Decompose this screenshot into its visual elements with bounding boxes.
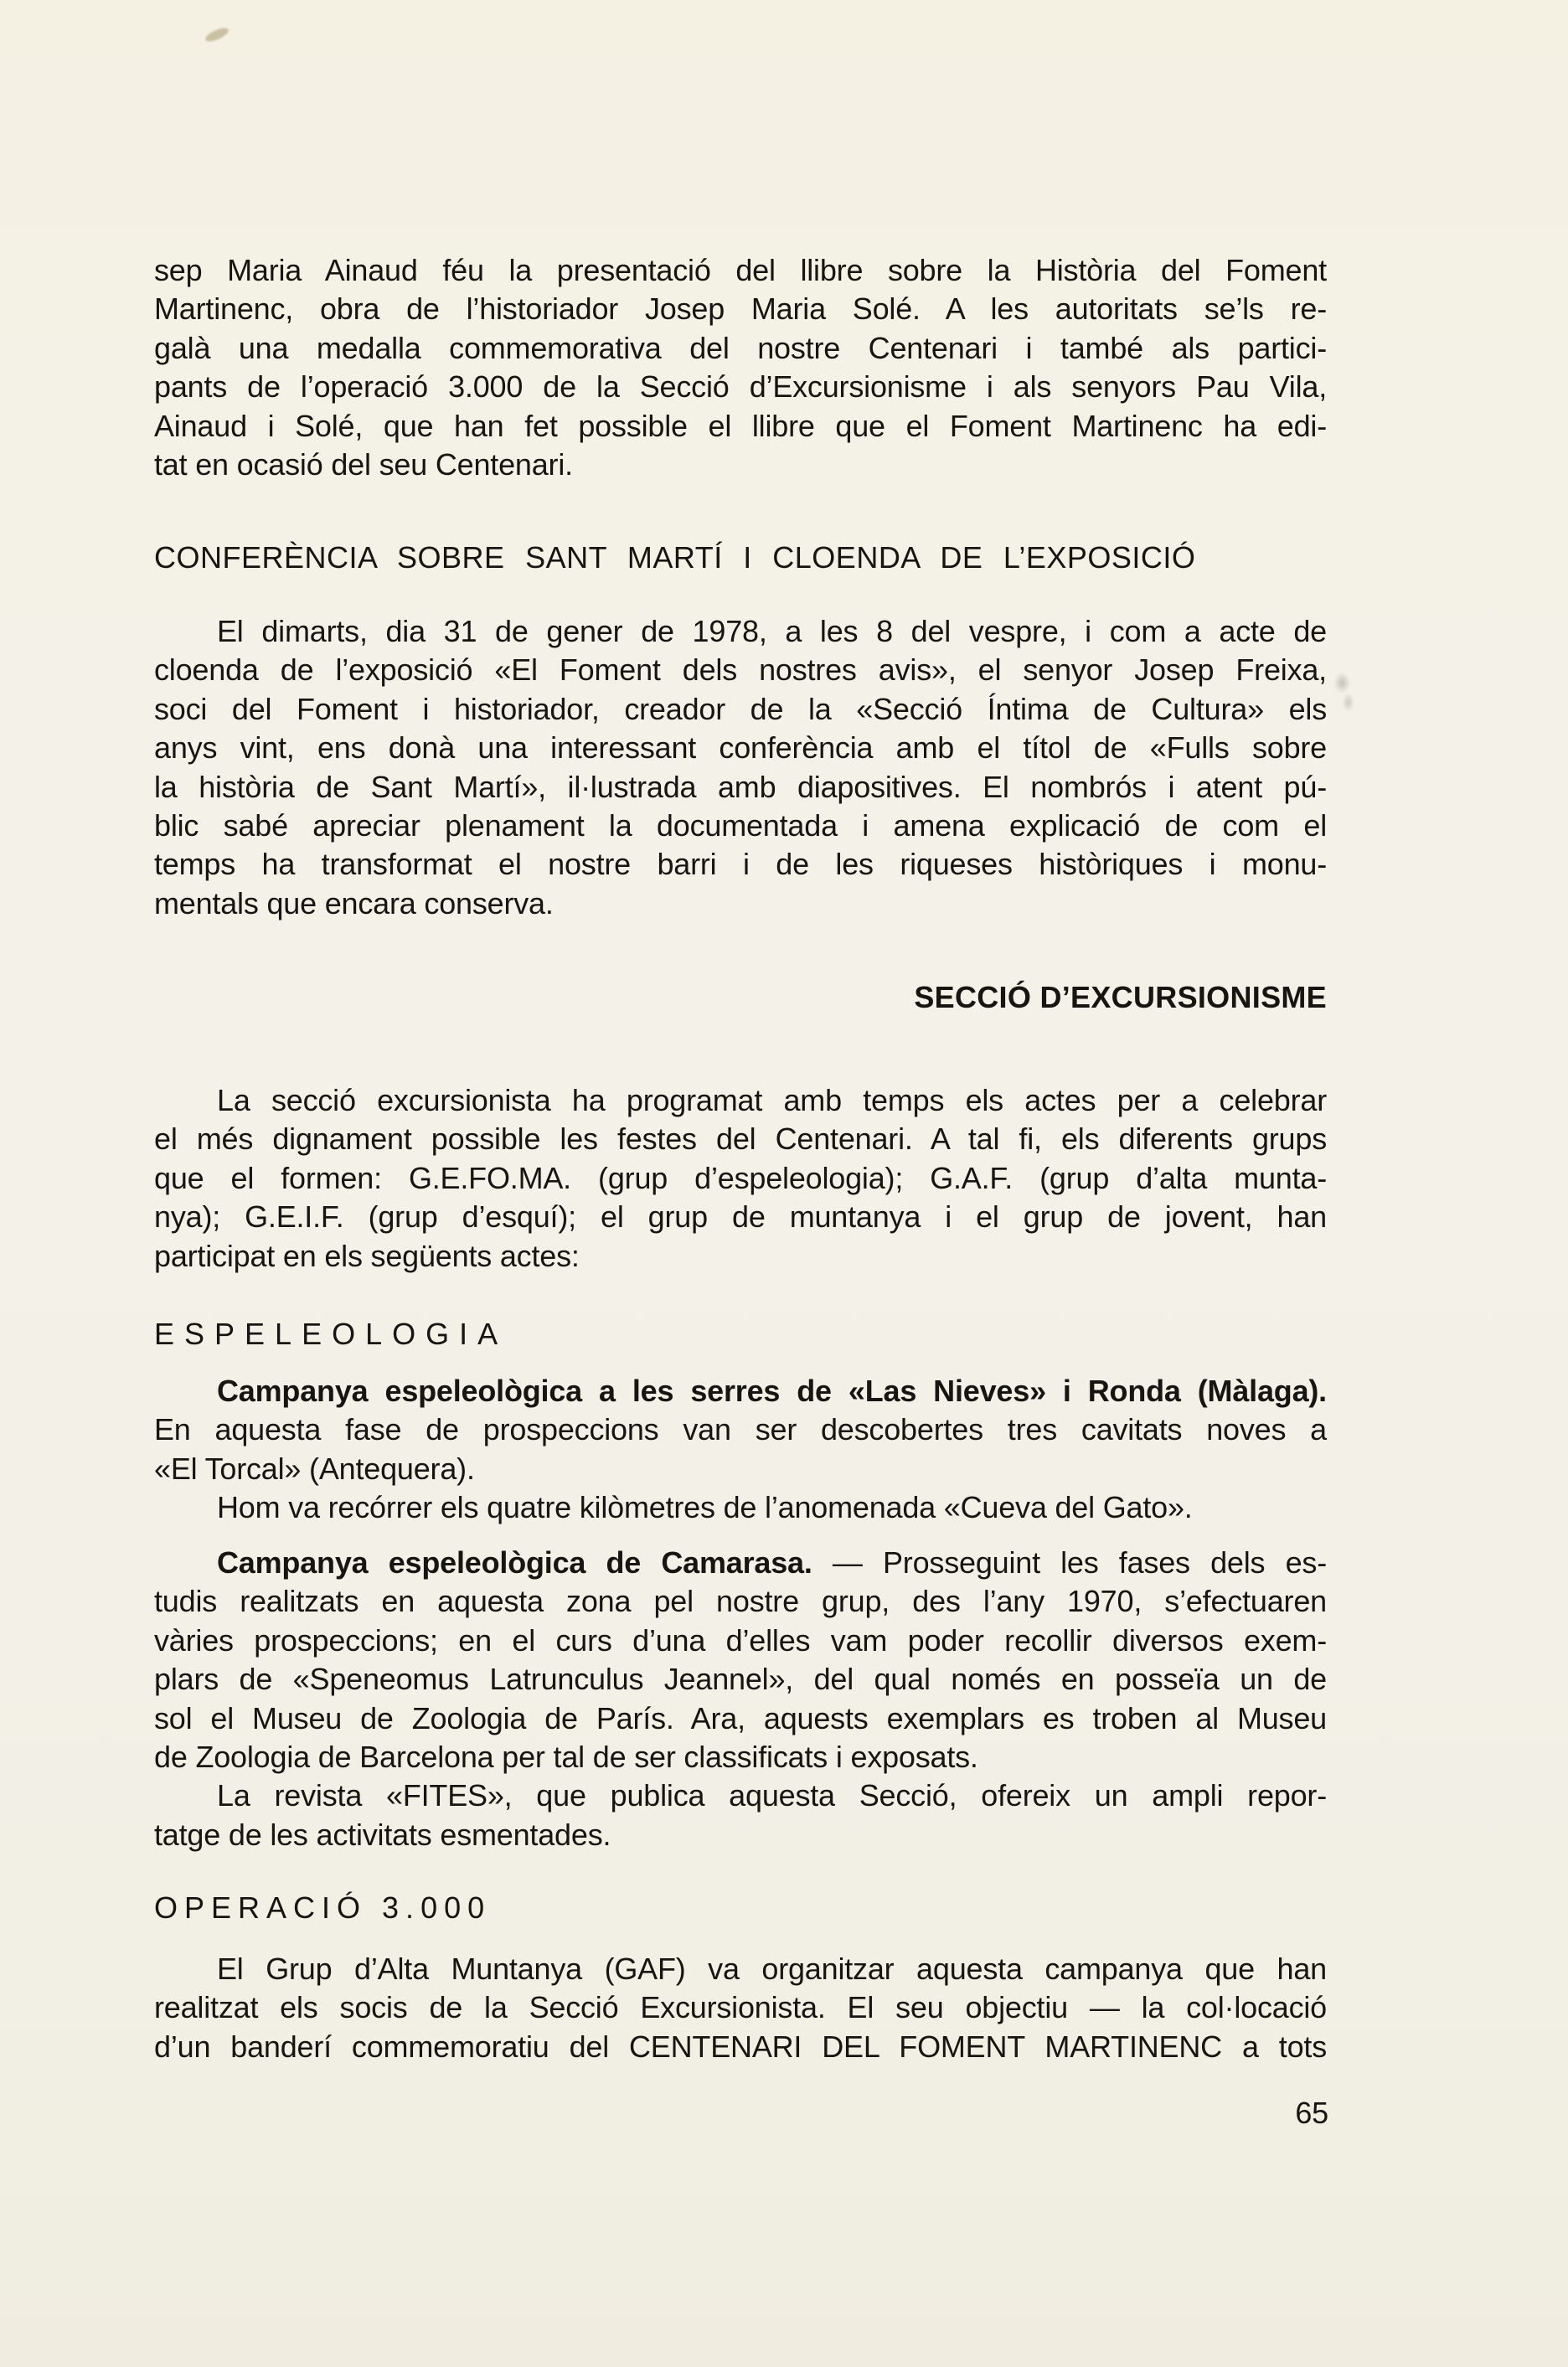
camarasa-fites-block: Campanya espeleològica de Camarasa. — Pr… <box>154 1544 1327 1854</box>
text-line: la història de Sant Martí», il·lustrada … <box>154 768 1327 807</box>
espeleologia-block: Campanya espeleològica a les serres de «… <box>154 1372 1327 1528</box>
espeleologia-heading: ESPELEOLOGIA <box>154 1315 1327 1354</box>
text-line: mentals que encara conserva. <box>154 884 1327 923</box>
conferencia-paragraph: El dimarts, dia 31 de gener de 1978, a l… <box>154 612 1327 923</box>
page-number: 65 <box>154 2094 1328 2132</box>
bold-text-segment: Campanya espeleològica de Camarasa. <box>217 1545 812 1580</box>
text-line: el més dignament possible les festes del… <box>154 1120 1327 1158</box>
text-line: blic sabé apreciar plenament la document… <box>154 807 1327 845</box>
text-line: Martinenc, obra de l’historiador Josep M… <box>154 290 1327 328</box>
text-line: Campanya espeleològica a les serres de «… <box>154 1372 1327 1410</box>
text-line: Hom va recórrer els quatre kilòmetres de… <box>154 1488 1327 1527</box>
text-line: temps ha transformat el nostre barri i d… <box>154 845 1327 884</box>
text-line: tat en ocasió del seu Centenari. <box>154 446 1327 484</box>
seccio-paragraph: La secció excursionista ha programat amb… <box>154 1081 1327 1276</box>
text-line: soci del Foment i historiador, creador d… <box>154 690 1327 729</box>
seccio-excursionisme-heading: SECCIÓ D’EXCURSIONISME <box>154 978 1327 1017</box>
malaga-paragraph: Campanya espeleològica a les serres de «… <box>154 1372 1327 1488</box>
text-line: El dimarts, dia 31 de gener de 1978, a l… <box>154 612 1327 651</box>
text-line: La secció excursionista ha programat amb… <box>154 1081 1327 1120</box>
text-line: sol el Museu de Zoologia de París. Ara, … <box>154 1699 1327 1738</box>
text-line: de Zoologia de Barcelona per tal de ser … <box>154 1738 1327 1777</box>
text-line: anys vint, ens donà una interessant conf… <box>154 729 1327 767</box>
bold-text-segment: Campanya espeleològica a les serres de «… <box>217 1374 1327 1408</box>
intro-paragraph: sep Maria Ainaud féu la presentació del … <box>154 251 1327 484</box>
gato-paragraph: Hom va recórrer els quatre kilòmetres de… <box>154 1488 1327 1527</box>
scanned-book-page: sep Maria Ainaud féu la presentació del … <box>0 0 1568 2367</box>
text-line: En aquesta fase de prospeccions van ser … <box>154 1410 1327 1449</box>
text-segment: — Prosseguint les fases dels es- <box>812 1545 1327 1580</box>
text-line: Campanya espeleològica de Camarasa. — Pr… <box>154 1544 1327 1582</box>
text-line: que el formen: G.E.FO.MA. (grup d’espele… <box>154 1159 1327 1198</box>
text-line: La revista «FITES», que publica aquesta … <box>154 1777 1327 1815</box>
text-line: «El Torcal» (Antequera). <box>154 1450 1327 1488</box>
operacio-heading: OPERACIÓ 3.000 <box>154 1889 1327 1927</box>
text-line: participat en els següents actes: <box>154 1237 1327 1276</box>
conferencia-heading: CONFERÈNCIA SOBRE SANT MARTÍ I CLOENDA D… <box>154 539 1327 577</box>
text-line: plars de «Speneomus Latrunculus Jeannel»… <box>154 1660 1327 1699</box>
text-line: galà una medalla commemorativa del nostr… <box>154 329 1327 368</box>
text-line: sep Maria Ainaud féu la presentació del … <box>154 251 1327 290</box>
text-line: vàries prospeccions; en el curs d’una d’… <box>154 1622 1327 1660</box>
text-line: nya); G.E.I.F. (grup d’esquí); el grup d… <box>154 1198 1327 1236</box>
text-line: realitzat els socis de la Secció Excursi… <box>154 1988 1327 2027</box>
text-line: tudis realitzats en aquesta zona pel nos… <box>154 1582 1327 1621</box>
text-line: Ainaud i Solé, que han fet possible el l… <box>154 407 1327 446</box>
text-line: tatge de les activitats esmentades. <box>154 1816 1327 1854</box>
text-line: El Grup d’Alta Muntanya (GAF) va organit… <box>154 1950 1327 1988</box>
scan-speck <box>204 25 230 44</box>
text-line: d’un banderí commemoratiu del CENTENARI … <box>154 2028 1327 2066</box>
fites-paragraph: La revista «FITES», que publica aquesta … <box>154 1777 1327 1854</box>
gaf-paragraph: El Grup d’Alta Muntanya (GAF) va organit… <box>154 1950 1327 2066</box>
text-line: pants de l’operació 3.000 de la Secció d… <box>154 368 1327 406</box>
scan-smudge <box>1330 668 1360 717</box>
camarasa-paragraph: Campanya espeleològica de Camarasa. — Pr… <box>154 1544 1327 1777</box>
text-line: cloenda de l’exposició «El Foment dels n… <box>154 651 1327 689</box>
